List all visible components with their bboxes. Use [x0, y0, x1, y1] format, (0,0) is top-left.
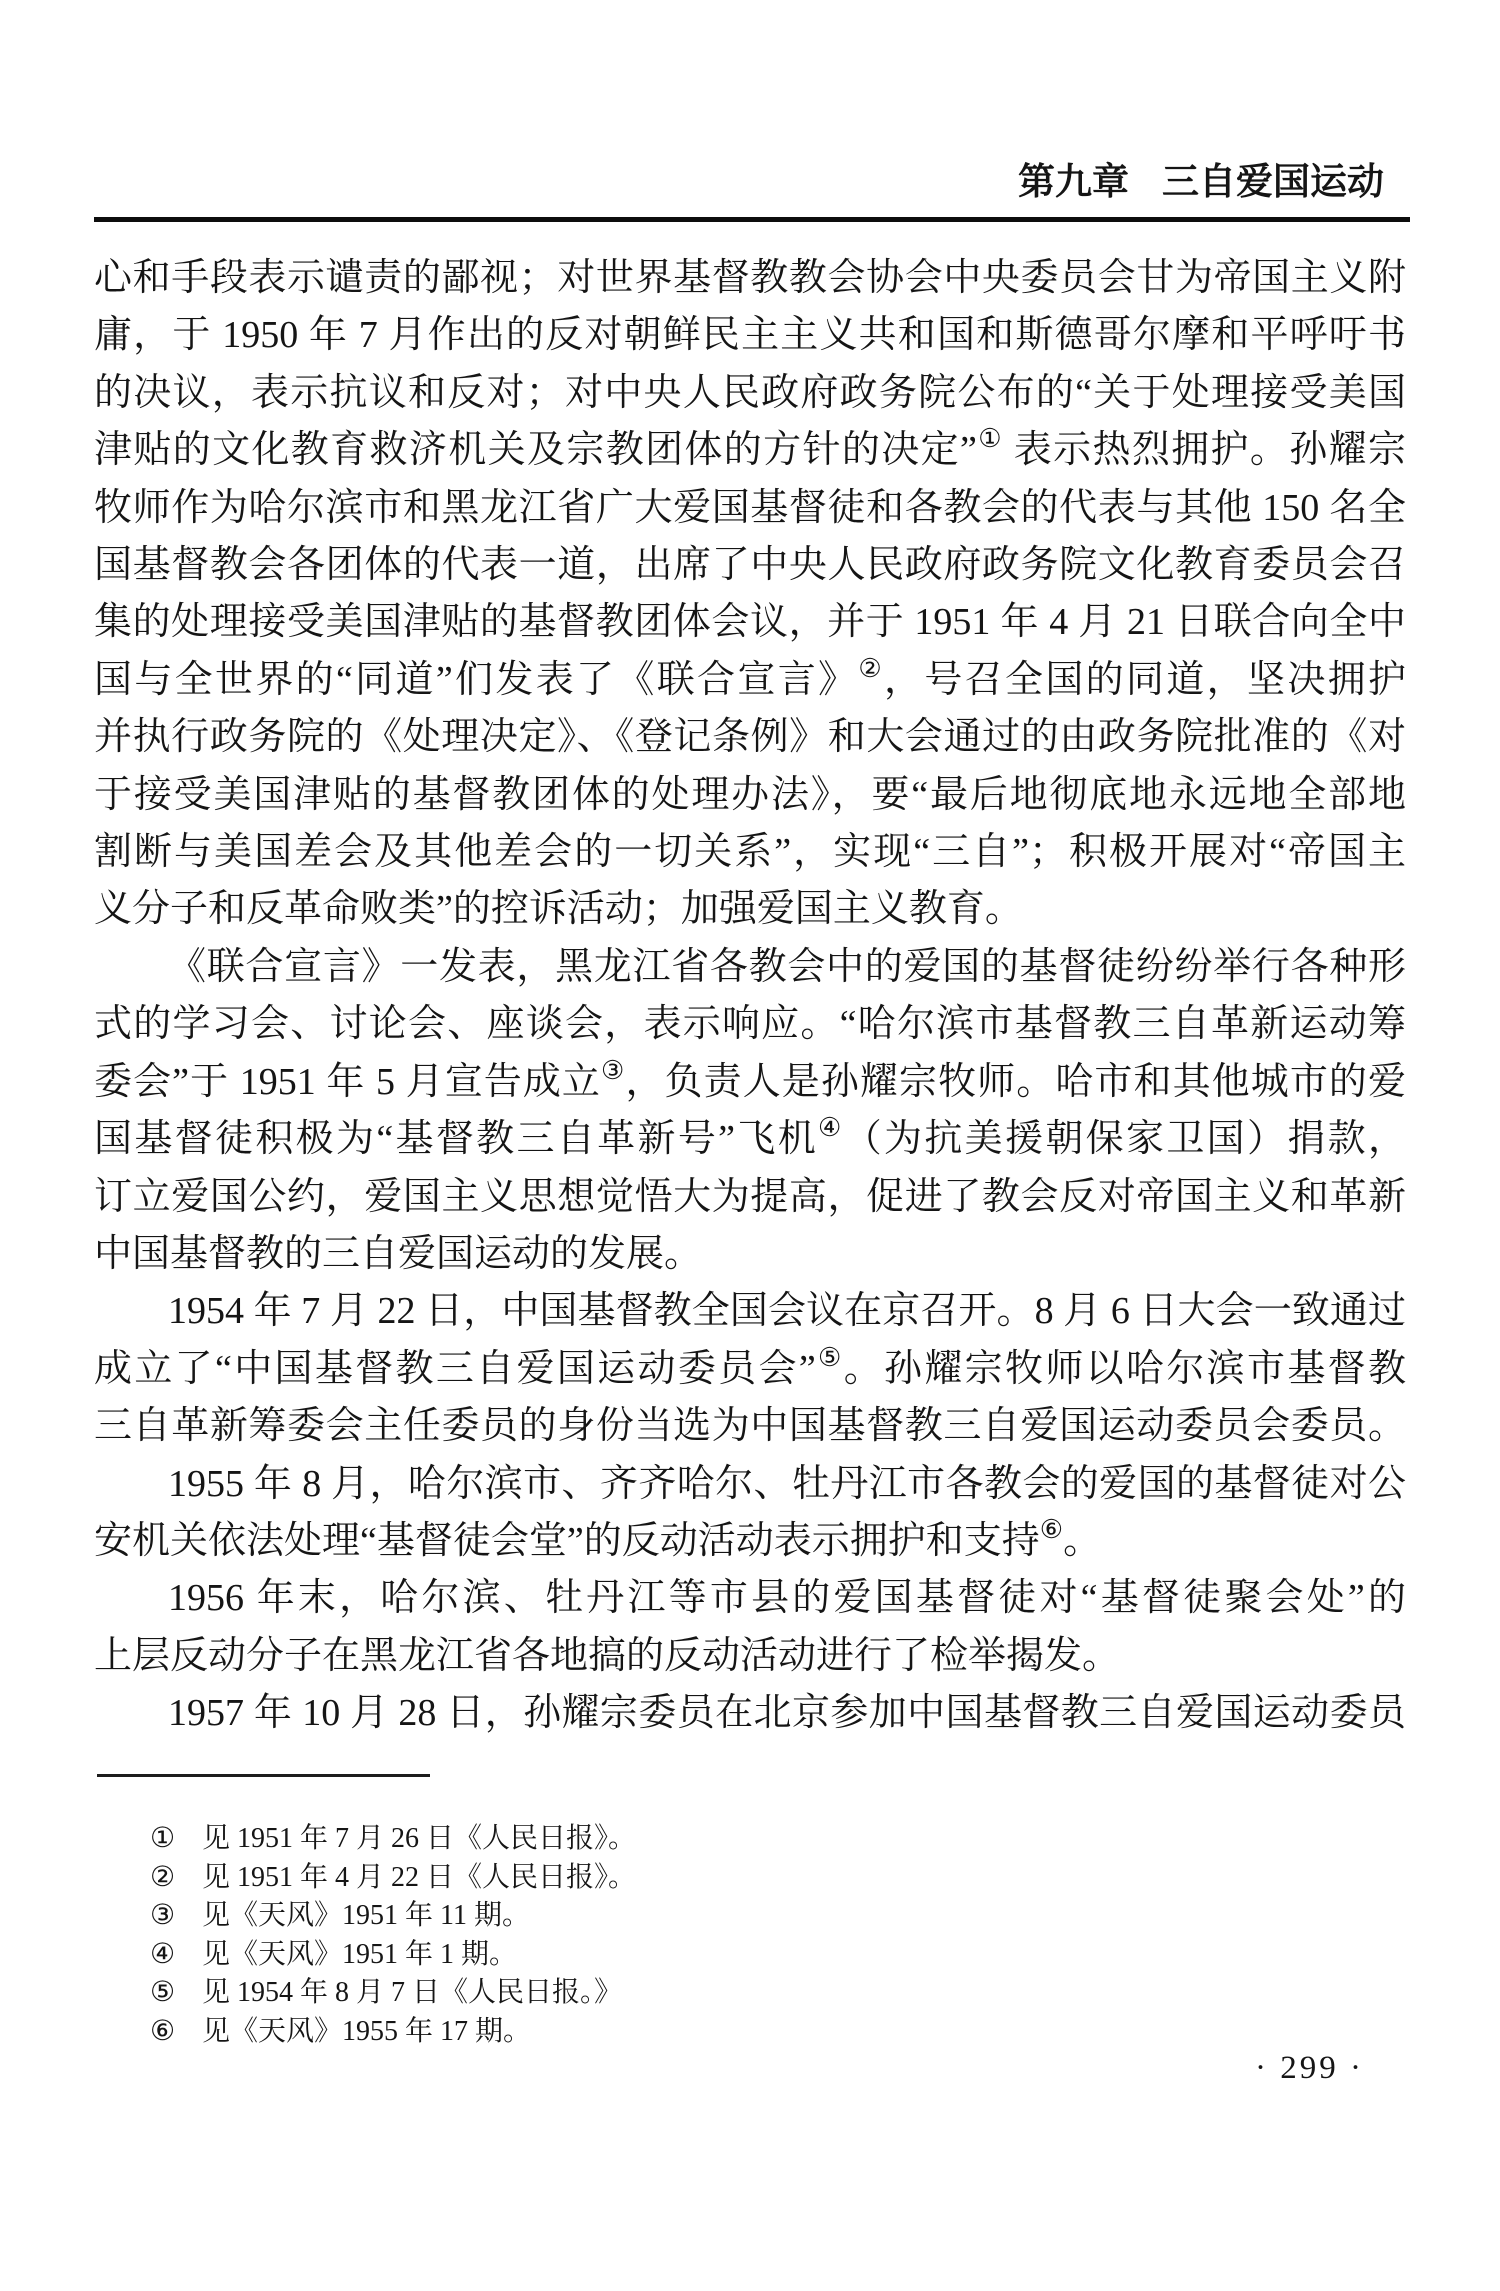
- footnote-marker: ④: [150, 1936, 182, 1975]
- body-line: 牧师作为哈尔滨市和黑龙江省广大爱国基督徒和各教会的代表与其他 150 名全: [94, 480, 1406, 537]
- footnote: ②见 1951 年 4 月 22 日《人民日报》。: [150, 1859, 1400, 1898]
- page-number: · 299 ·: [1255, 2050, 1364, 2087]
- body-line: 割断与美国差会及其他差会的一切关系”，实现“三自”；积极开展对“帝国主: [94, 824, 1406, 881]
- body-line: 津贴的文化教育救济机关及宗教团体的方针的决定”① 表示热烈拥护。孙耀宗: [94, 422, 1406, 479]
- body-line: 国与全世界的“同道”们发表了《联合宣言》②，号召全国的同道，坚决拥护: [94, 652, 1406, 709]
- body-line: 安机关依法处理“基督徒会堂”的反动活动表示拥护和支持⑥。: [94, 1513, 1406, 1570]
- footnote-marker: ①: [150, 1820, 182, 1859]
- footnote: ⑥见《天风》1955 年 17 期。: [150, 2013, 1400, 2052]
- body-line: 1954 年 7 月 22 日，中国基督教全国会议在京召开。8 月 6 日大会一…: [94, 1283, 1406, 1340]
- chapter-number: 第九章: [1018, 162, 1129, 203]
- body-line: 1955 年 8 月，哈尔滨市、齐齐哈尔、牡丹江市各教会的爱国的基督徒对公: [94, 1456, 1406, 1513]
- chapter-title: 三自爱国运动: [1162, 162, 1384, 203]
- body-line: 上层反动分子在黑龙江省各地搞的反动活动进行了检举揭发。: [94, 1628, 1406, 1685]
- body-line: 1957 年 10 月 28 日，孙耀宗委员在北京参加中国基督教三自爱国运动委员: [94, 1685, 1406, 1742]
- footnote-text: 见《天风》1955 年 17 期。: [202, 2013, 531, 2052]
- body-line: 成立了“中国基督教三自爱国运动委员会”⑤。孙耀宗牧师以哈尔滨市基督教: [94, 1341, 1406, 1398]
- running-head: 第九章三自爱国运动: [1018, 162, 1384, 204]
- footnote-ref: ⑤: [816, 1343, 844, 1372]
- body-line: 式的学习会、讨论会、座谈会，表示响应。“哈尔滨市基督教三自革新运动筹: [94, 996, 1406, 1053]
- body-line: 订立爱国公约，爱国主义思想觉悟大为提高，促进了教会反对帝国主义和革新: [94, 1169, 1406, 1226]
- book-page: 第九章三自爱国运动 心和手段表示谴责的鄙视；对世界基督教教会协会中央委员会甘为帝…: [0, 0, 1500, 2291]
- footnote-marker: ②: [150, 1859, 182, 1898]
- footnote-separator: [97, 1774, 430, 1777]
- footnote-ref: ⑥: [1040, 1515, 1063, 1544]
- footnote: ⑤见 1954 年 8 月 7 日《人民日报。》: [150, 1974, 1400, 2013]
- body-line: 国基督徒积极为“基督教三自革新号”飞机④（为抗美援朝保家卫国）捐款，: [94, 1111, 1406, 1168]
- body-line: 中国基督教的三自爱国运动的发展。: [94, 1226, 1406, 1283]
- footnotes: ①见 1951 年 7 月 26 日《人民日报》。②见 1951 年 4 月 2…: [150, 1820, 1400, 2052]
- footnote-ref: ①: [977, 424, 1003, 453]
- footnote-ref: ②: [858, 654, 884, 683]
- body-line: 于接受美国津贴的基督教团体的处理办法》，要“最后地彻底地永远地全部地: [94, 767, 1406, 824]
- footnote-marker: ⑤: [150, 1974, 182, 2013]
- body-line: 集的处理接受美国津贴的基督教团体会议，并于 1951 年 4 月 21 日联合向…: [94, 594, 1406, 651]
- body-line: 义分子和反革命败类”的控诉活动；加强爱国主义教育。: [94, 881, 1406, 938]
- header-rule: [94, 217, 1410, 222]
- body-line: 国基督教会各团体的代表一道，出席了中央人民政府政务院文化教育委员会召: [94, 537, 1406, 594]
- footnote: ④见《天风》1951 年 1 期。: [150, 1936, 1400, 1975]
- body-line: 的决议，表示抗议和反对；对中央人民政府政务院公布的“关于处理接受美国: [94, 365, 1406, 422]
- footnote-ref: ③: [601, 1056, 625, 1085]
- body-line: 庸，于 1950 年 7 月作出的反对朝鲜民主主义共和国和斯德哥尔摩和平呼吁书: [94, 307, 1406, 364]
- body-line: 心和手段表示谴责的鄙视；对世界基督教教会协会中央委员会甘为帝国主义附: [94, 250, 1406, 307]
- body-line: 《联合宣言》一发表，黑龙江省各教会中的爱国的基督徒纷纷举行各种形: [94, 939, 1406, 996]
- footnote: ①见 1951 年 7 月 26 日《人民日报》。: [150, 1820, 1400, 1859]
- footnote: ③见《天风》1951 年 11 期。: [150, 1897, 1400, 1936]
- footnote-marker: ⑥: [150, 2013, 182, 2052]
- body-line: 1956 年末，哈尔滨、牡丹江等市县的爱国基督徒对“基督徒聚会处”的: [94, 1570, 1406, 1627]
- body-line: 三自革新筹委会主任委员的身份当选为中国基督教三自爱国运动委员会委员。: [94, 1398, 1406, 1455]
- body-line: 并执行政务院的《处理决定》、《登记条例》和大会通过的由政务院批准的《对: [94, 709, 1406, 766]
- footnote-text: 见 1951 年 7 月 26 日《人民日报》。: [202, 1820, 636, 1859]
- footnote-text: 见 1951 年 4 月 22 日《人民日报》。: [202, 1859, 636, 1898]
- footnote-text: 见《天风》1951 年 11 期。: [202, 1897, 530, 1936]
- footnote-text: 见《天风》1951 年 1 期。: [202, 1936, 517, 1975]
- body-line: 委会”于 1951 年 5 月宣告成立③，负责人是孙耀宗牧师。哈市和其他城市的爱: [94, 1054, 1406, 1111]
- body-text: 心和手段表示谴责的鄙视；对世界基督教教会协会中央委员会甘为帝国主义附庸，于 19…: [94, 250, 1406, 1743]
- footnote-text: 见 1954 年 8 月 7 日《人民日报。》: [202, 1974, 622, 2013]
- footnote-marker: ③: [150, 1897, 182, 1936]
- footnote-ref: ④: [818, 1113, 844, 1142]
